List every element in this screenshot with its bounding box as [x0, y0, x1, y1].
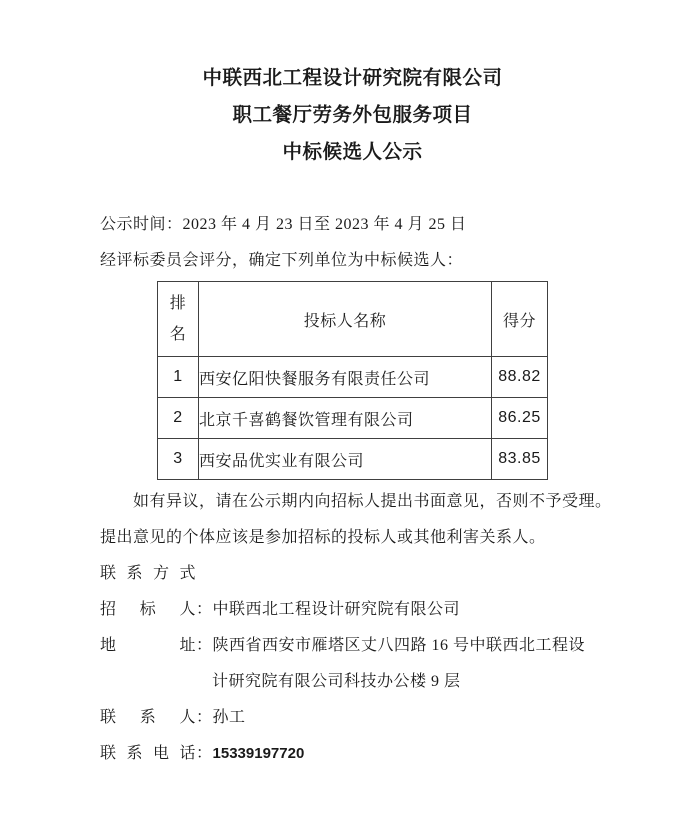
objection-line-2: 提出意见的个体应该是参加招标的投标人或其他利害关系人。	[100, 520, 605, 556]
table-row: 1 西安亿阳快餐服务有限责任公司 88.82	[158, 357, 548, 398]
tenderer-label: 招标人	[100, 592, 196, 628]
address-value-line1: 陕西省西安市雁塔区丈八四路 16 号中联西北工程设	[213, 637, 586, 654]
contact-method-label: 联系方式	[100, 556, 196, 592]
title-line-project: 职工餐厅劳务外包服务项目	[100, 97, 605, 134]
contact-phone-line: 联系电话：15339197720	[100, 736, 605, 772]
address-label: 地址	[100, 628, 196, 664]
rank-cell: 1	[158, 357, 199, 398]
title-line-announcement: 中标候选人公示	[100, 134, 605, 171]
tenderer-value: 中联西北工程设计研究院有限公司	[213, 601, 461, 618]
colon: ：	[196, 700, 213, 736]
score-cell: 86.25	[492, 398, 548, 439]
address-value-line2: 计研究院有限公司科技办公楼 9 层	[212, 673, 461, 690]
header-rank: 排 名	[158, 282, 199, 357]
contact-address-line: 地址：陕西省西安市雁塔区丈八四路 16 号中联西北工程设	[100, 628, 605, 664]
contact-address-line2: 计研究院有限公司科技办公楼 9 层	[100, 664, 605, 700]
title-line-company: 中联西北工程设计研究院有限公司	[100, 60, 605, 97]
contact-tenderer-line: 招标人：中联西北工程设计研究院有限公司	[100, 592, 605, 628]
colon: ：	[196, 592, 213, 628]
rank-cell: 2	[158, 398, 199, 439]
contact-person-value: 孙工	[213, 709, 246, 726]
table-row: 3 西安品优实业有限公司 83.85	[158, 439, 548, 480]
objection-line-1: 如有异议，请在公示期内向招标人提出书面意见，否则不予受理。	[100, 484, 605, 520]
contact-person-line: 联系人：孙工	[100, 700, 605, 736]
announcement-page: 中联西北工程设计研究院有限公司 职工餐厅劳务外包服务项目 中标候选人公示 公示时…	[0, 0, 700, 833]
intro-line: 经评标委员会评分，确定下列单位为中标候选人：	[100, 243, 605, 279]
score-cell: 83.85	[492, 439, 548, 480]
bidder-name-cell: 西安品优实业有限公司	[199, 439, 492, 480]
score-cell: 88.82	[492, 357, 548, 398]
bidder-name-cell: 北京千喜鹤餐饮管理有限公司	[199, 398, 492, 439]
colon: ：	[196, 736, 213, 772]
bidder-name-cell: 西安亿阳快餐服务有限责任公司	[199, 357, 492, 398]
rank-cell: 3	[158, 439, 199, 480]
table-header-row: 排 名 投标人名称 得分	[158, 282, 548, 357]
contact-person-label: 联系人	[100, 700, 196, 736]
header-score: 得分	[492, 282, 548, 357]
contact-section-label: 联系方式	[100, 556, 605, 592]
candidates-table: 排 名 投标人名称 得分 1 西安亿阳快餐服务有限责任公司 88.82 2 北京…	[157, 281, 548, 480]
document-title: 中联西北工程设计研究院有限公司 职工餐厅劳务外包服务项目 中标候选人公示	[100, 60, 605, 171]
table-row: 2 北京千喜鹤餐饮管理有限公司 86.25	[158, 398, 548, 439]
contact-phone-label: 联系电话	[100, 736, 196, 772]
header-bidder-name: 投标人名称	[199, 282, 492, 357]
contact-phone-value: 15339197720	[213, 745, 305, 762]
publicity-period: 公示时间：2023 年 4 月 23 日至 2023 年 4 月 25 日	[100, 207, 605, 243]
colon: ：	[196, 628, 213, 664]
